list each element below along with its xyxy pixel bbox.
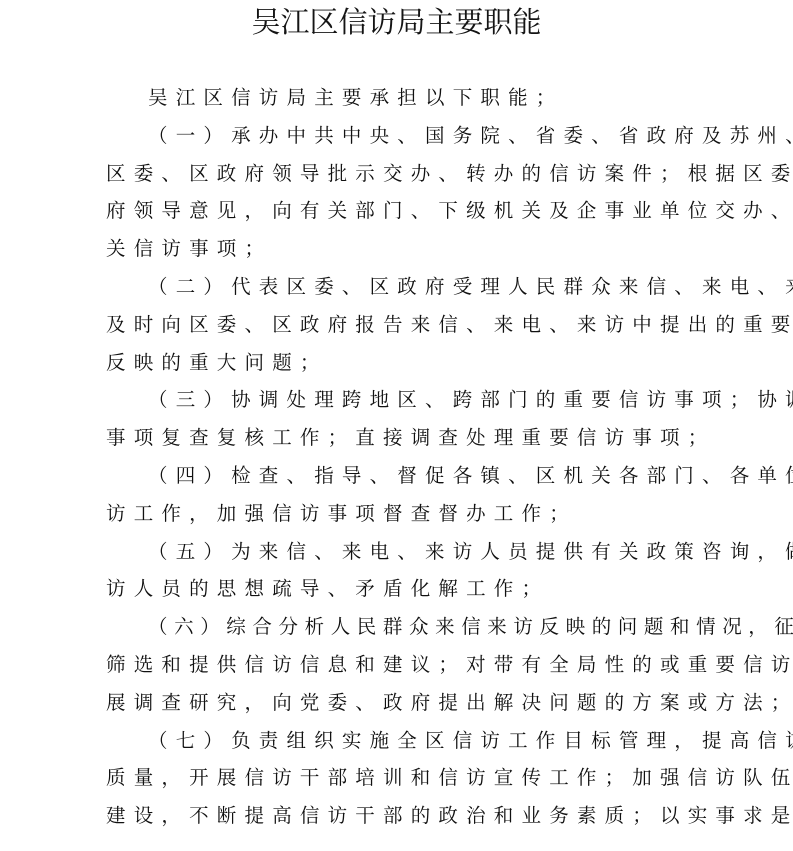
text-line: 关信访事项； — [64, 230, 698, 268]
duty-item-1: （一）承办中共中央、国务院、省委、省政府及苏州、吴江 区委、区政府领导批示交办、… — [106, 117, 698, 268]
text-line: （六）综合分析人民群众来信来访反映的问题和情况，征集、 — [106, 608, 698, 646]
text-line: 及时向区委、区政府报告来信、来电、来访中提出的重要建议和 — [64, 306, 698, 344]
text-line: （二）代表区委、区政府受理人民群众来信、来电、来访， — [106, 268, 698, 306]
duty-item-2: （二）代表区委、区政府受理人民群众来信、来电、来访， 及时向区委、区政府报告来信… — [106, 268, 698, 381]
text-line: 访人员的思想疏导、矛盾化解工作； — [64, 570, 698, 608]
duty-item-5: （五）为来信、来电、来访人员提供有关政策咨询，做好信 访人员的思想疏导、矛盾化解… — [106, 533, 698, 609]
duty-item-7: （七）负责组织实施全区信访工作目标管理，提高信访工作 质量，开展信访干部培训和信… — [106, 722, 698, 835]
text-line: （一）承办中共中央、国务院、省委、省政府及苏州、吴江 — [106, 117, 698, 155]
text-line: （七）负责组织实施全区信访工作目标管理，提高信访工作 — [106, 722, 698, 760]
document-body: 吴江区信访局主要承担以下职能； （一）承办中共中央、国务院、省委、省政府及苏州、… — [106, 79, 698, 835]
text-line: 事项复查复核工作；直接调查处理重要信访事项； — [64, 419, 698, 457]
text-line: 访工作，加强信访事项督查督办工作； — [64, 495, 698, 533]
text-line: 质量，开展信访干部培训和信访宣传工作；加强信访队伍的自身 — [64, 759, 698, 797]
intro-line: 吴江区信访局主要承担以下职能； — [106, 79, 698, 117]
text-line: 展调查研究，向党委、政府提出解决问题的方案或方法； — [64, 684, 698, 722]
text-line: 区委、区政府领导批示交办、转办的信访案件；根据区委、区政 — [64, 155, 698, 193]
text-line: （三）协调处理跨地区、跨部门的重要信访事项；协调信访 — [106, 381, 698, 419]
text-line: （四）检查、指导、督促各镇、区机关各部门、各单位的信 — [106, 457, 698, 495]
text-line: 建设，不断提高信访干部的政治和业务素质；以实事求是的科学 — [64, 797, 698, 835]
text-line: 筛选和提供信访信息和建议；对带有全局性的或重要信访问题开 — [64, 646, 698, 684]
text-line: 反映的重大问题； — [64, 344, 698, 382]
duty-item-3: （三）协调处理跨地区、跨部门的重要信访事项；协调信访 事项复查复核工作；直接调查… — [106, 381, 698, 457]
text-line: 府领导意见，向有关部门、下级机关及企事业单位交办、转办有 — [64, 192, 698, 230]
text-line: （五）为来信、来电、来访人员提供有关政策咨询，做好信 — [106, 533, 698, 571]
intro-paragraph: 吴江区信访局主要承担以下职能； — [106, 79, 698, 117]
duty-item-4: （四）检查、指导、督促各镇、区机关各部门、各单位的信 访工作，加强信访事项督查督… — [106, 457, 698, 533]
duty-item-6: （六）综合分析人民群众来信来访反映的问题和情况，征集、 筛选和提供信访信息和建议… — [106, 608, 698, 721]
document-title: 吴江区信访局主要职能 — [0, 2, 793, 42]
